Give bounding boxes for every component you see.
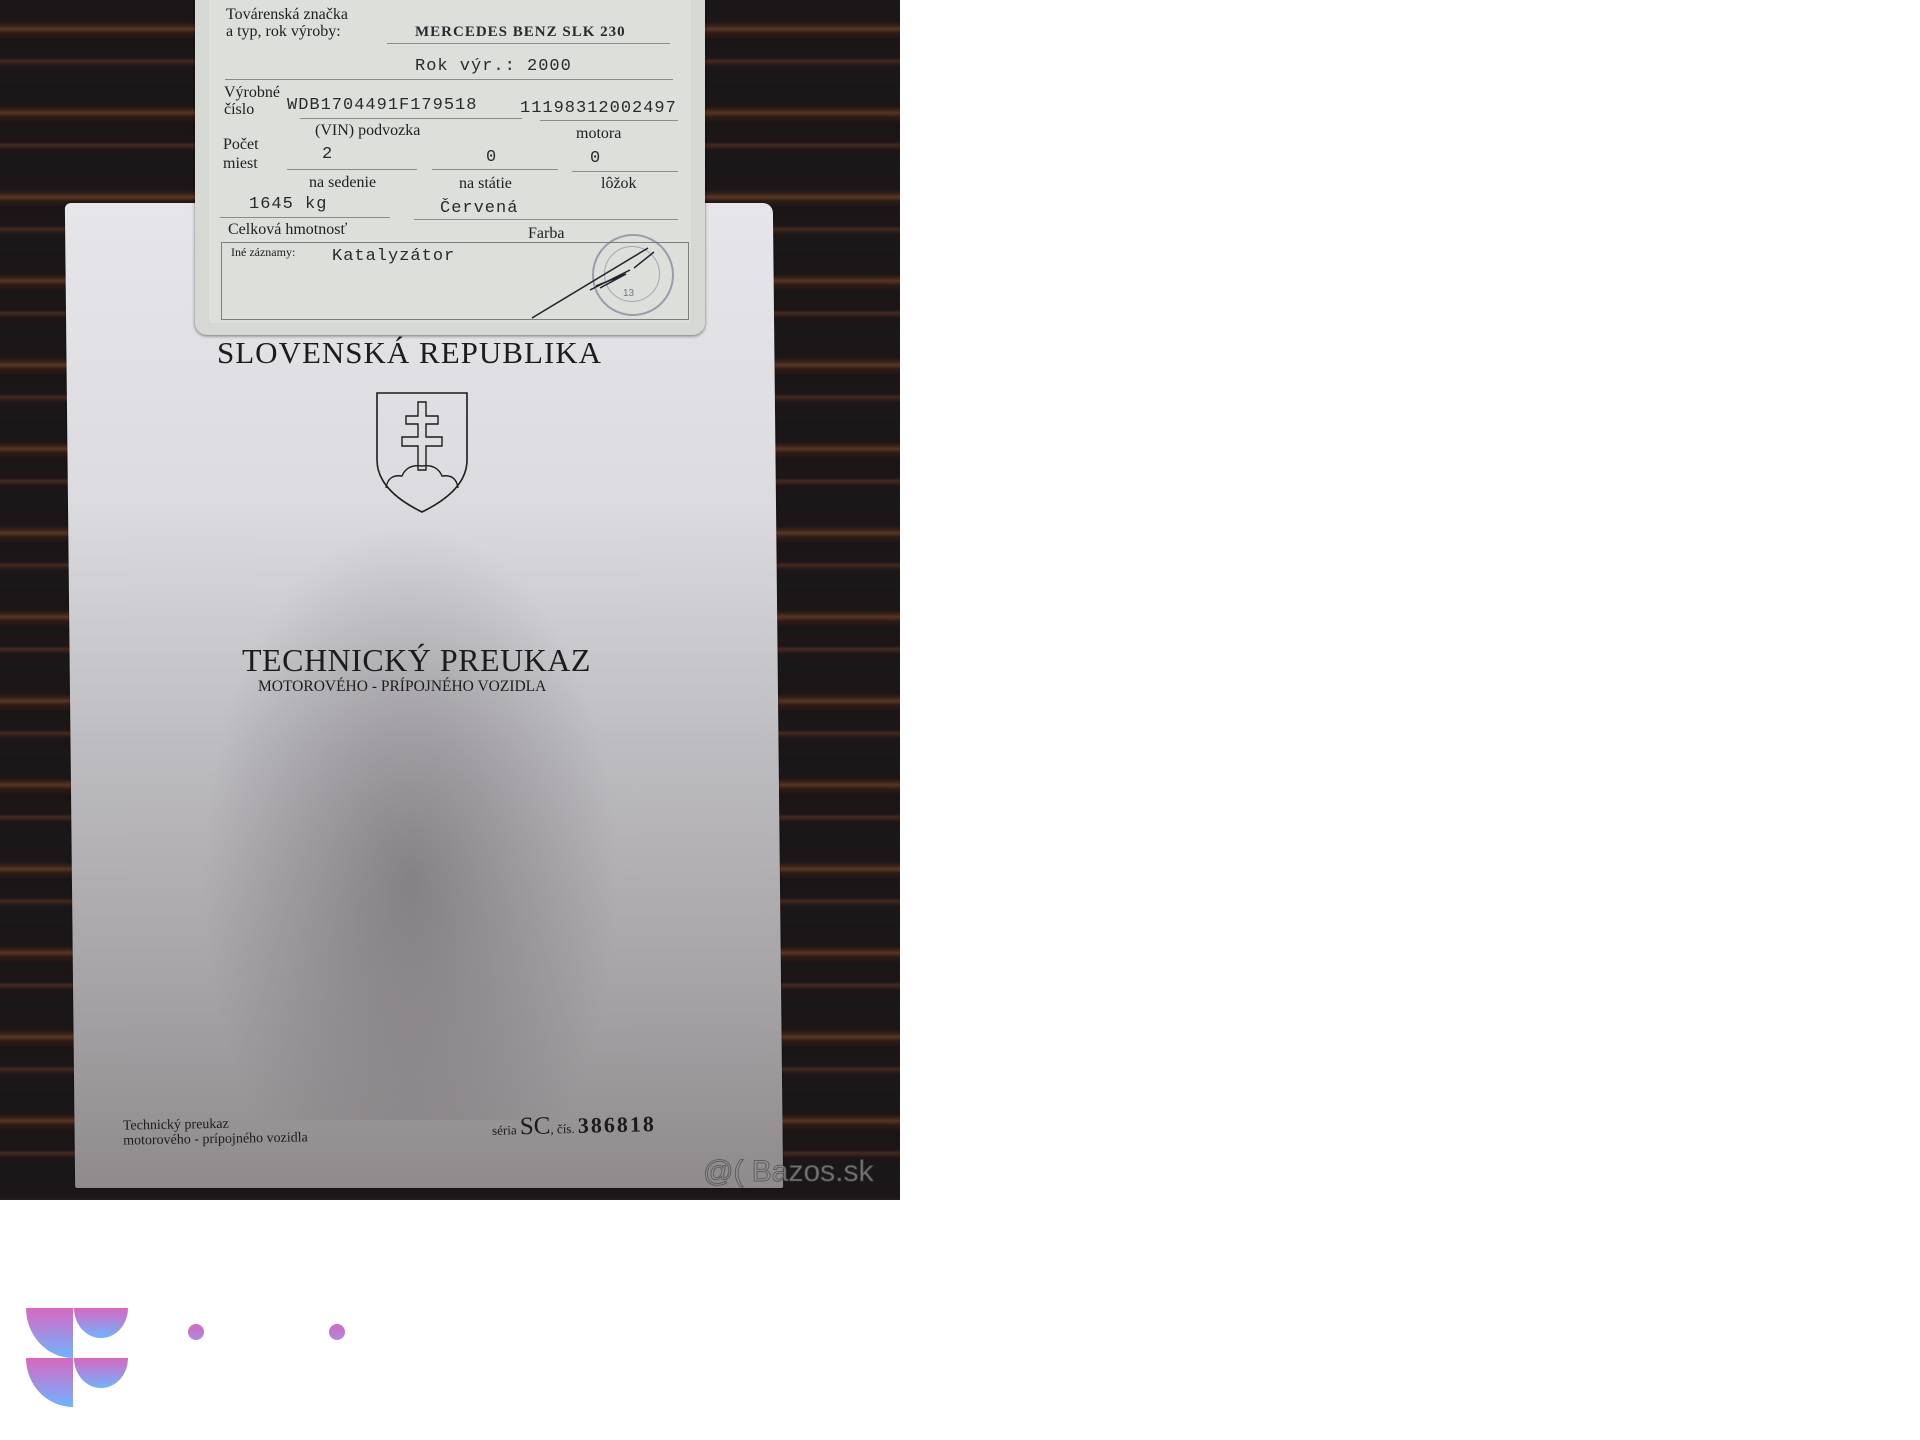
number-value: 386818 xyxy=(578,1111,657,1138)
document-photo: SLOVENSKÁ REPUBLIKA TECHNICKÝ PREUKAZ MO… xyxy=(0,0,900,1200)
weight-value: 1645 kg xyxy=(249,195,327,214)
weight-caption: Celková hmotnosť xyxy=(228,221,347,238)
make-value: MERCEDES BENZ SLK 230 xyxy=(415,24,626,41)
make-label-1: Továrenská značka xyxy=(226,6,348,23)
country-heading: SLOVENSKÁ REPUBLIKA xyxy=(217,335,602,371)
engine-caption: motora xyxy=(576,125,621,142)
loading-dot-2 xyxy=(329,1324,345,1340)
loading-dot-1 xyxy=(188,1324,204,1340)
vin-label-2: číslo xyxy=(224,101,254,118)
seats-label-1: Počet xyxy=(223,136,259,153)
beds-value: 0 xyxy=(590,149,601,168)
document-subtitle: MOTOROVÉHO - PRÍPOJNÉHO VOZIDLA xyxy=(258,678,546,696)
watermark: @( Bazos.sk xyxy=(703,1155,874,1189)
document-title: TECHNICKÝ PREUKAZ xyxy=(242,642,591,679)
engine-number-value: 11198312002497 xyxy=(520,99,677,118)
seats-sitting-caption: na sedenie xyxy=(309,174,376,191)
coat-of-arms-icon xyxy=(374,390,470,515)
shadow xyxy=(200,520,620,1120)
signature-icon xyxy=(530,240,680,320)
number-label: , čís. xyxy=(550,1121,575,1137)
other-records-label: Iné záznamy: xyxy=(231,244,295,261)
vin-caption: (VIN) podvozka xyxy=(315,122,420,139)
footer-caption: Technický preukaz motorového - prípojnéh… xyxy=(123,1115,308,1148)
seats-standing-caption: na státie xyxy=(459,175,512,192)
beds-caption: lôžok xyxy=(601,175,637,192)
make-label-2: a typ, rok výroby: xyxy=(226,23,341,40)
series-value: SC xyxy=(519,1113,550,1141)
seats-sitting-value: 2 xyxy=(322,145,333,164)
color-value: Červená xyxy=(440,199,518,218)
series-label: séria xyxy=(492,1122,517,1138)
brand-logo-icon xyxy=(26,1308,128,1408)
serial-number: séria SC, čís. 386818 xyxy=(492,1110,656,1142)
seats-standing-value: 0 xyxy=(486,148,497,167)
year-value: Rok výr.: 2000 xyxy=(415,57,572,76)
vin-value: WDB1704491F179518 xyxy=(287,96,477,115)
other-records-value: Katalyzátor xyxy=(332,247,455,266)
vin-label-1: Výrobné xyxy=(224,84,280,101)
seats-label-2: miest xyxy=(223,155,258,172)
